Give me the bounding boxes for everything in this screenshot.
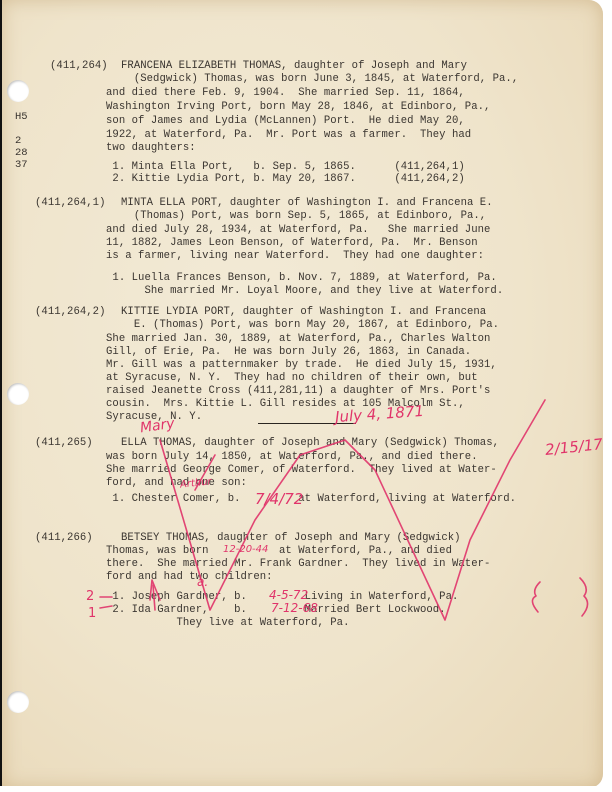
handwritten-a: a.: [197, 575, 208, 589]
handwritten-chester-birth: 7/4/72: [255, 490, 303, 508]
handwritten-number-2: 2: [86, 589, 94, 604]
handwritten-ida-birth: 7-12-68: [271, 601, 318, 615]
handwritten-marks: [0, 0, 612, 792]
handwritten-betsey-birth: 12-20-44: [223, 544, 268, 555]
handwritten-number-1: 1: [88, 606, 96, 621]
handwritten-joseph-birth: 4-5-72: [269, 588, 308, 602]
